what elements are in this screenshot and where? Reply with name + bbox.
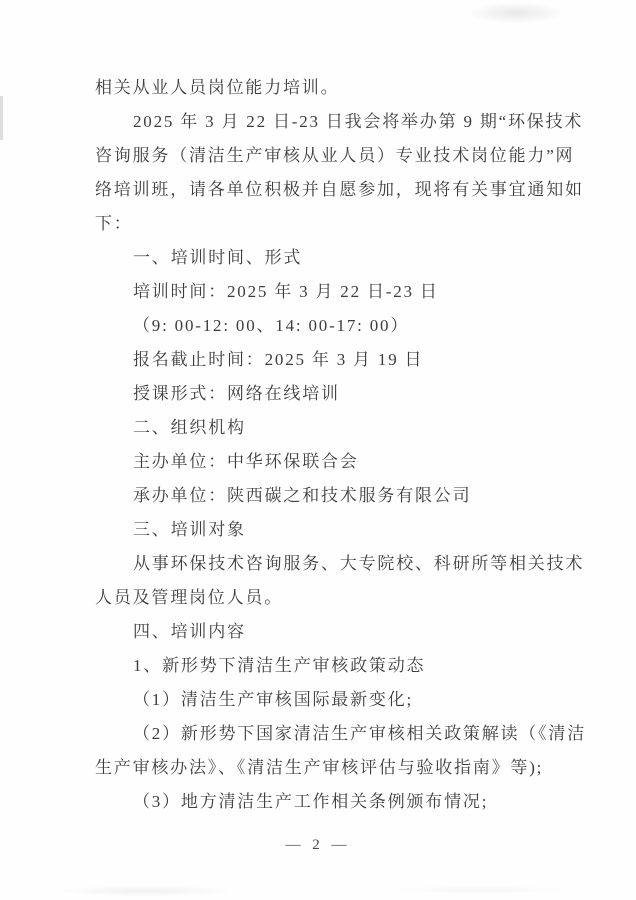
page-number: — 2 — — [0, 832, 636, 858]
section-heading: 一、培训时间、形式 — [95, 241, 555, 275]
scan-artifact — [390, 886, 570, 894]
text-line: 生产审核办法》、《清洁生产审核评估与验收指南》等); — [95, 751, 555, 785]
text-line: 主办单位：中华环保联合会 — [95, 445, 555, 479]
section-heading: 三、培训对象 — [95, 513, 555, 547]
text-line: （3）地方清洁生产工作相关条例颁布情况; — [95, 785, 555, 819]
text-line: 咨询服务（清洁生产审核从业人员）专业技术岗位能力”网 — [95, 139, 555, 173]
scan-artifact — [468, 2, 564, 24]
text-line: （1）清洁生产审核国际最新变化; — [95, 683, 555, 717]
scan-artifact — [60, 886, 230, 896]
text-line: 授课形式：网络在线培训 — [95, 377, 555, 411]
text-line: 承办单位：陕西碳之和技术服务有限公司 — [95, 479, 555, 513]
text-line: 培训时间：2025 年 3 月 22 日-23 日 — [95, 275, 555, 309]
text-line: 络培训班，请各单位积极并自愿参加，现将有关事宜通知如 — [95, 173, 555, 207]
text-line: （2）新形势下国家清洁生产审核相关政策解读（《清洁 — [95, 717, 555, 751]
text-line: 从事环保技术咨询服务、大专院校、科研所等相关技术 — [95, 547, 555, 581]
text-line: 2025 年 3 月 22 日-23 日我会将举办第 9 期“环保技术 — [95, 105, 555, 139]
scan-artifact — [0, 96, 3, 140]
text-line: 相关从业人员岗位能力培训。 — [95, 71, 555, 105]
text-line: （9: 00-12: 00、14: 00-17: 00） — [95, 309, 555, 343]
text-line: 人员及管理岗位人员。 — [95, 581, 555, 615]
section-heading: 四、培训内容 — [95, 615, 555, 649]
document-body: 相关从业人员岗位能力培训。 2025 年 3 月 22 日-23 日我会将举办第… — [95, 71, 555, 819]
text-line: 下： — [95, 207, 555, 241]
section-heading: 二、组织机构 — [95, 411, 555, 445]
text-line: 报名截止时间：2025 年 3 月 19 日 — [95, 343, 555, 377]
document-page: 相关从业人员岗位能力培训。 2025 年 3 月 22 日-23 日我会将举办第… — [0, 0, 636, 900]
text-line: 1、新形势下清洁生产审核政策动态 — [95, 649, 555, 683]
